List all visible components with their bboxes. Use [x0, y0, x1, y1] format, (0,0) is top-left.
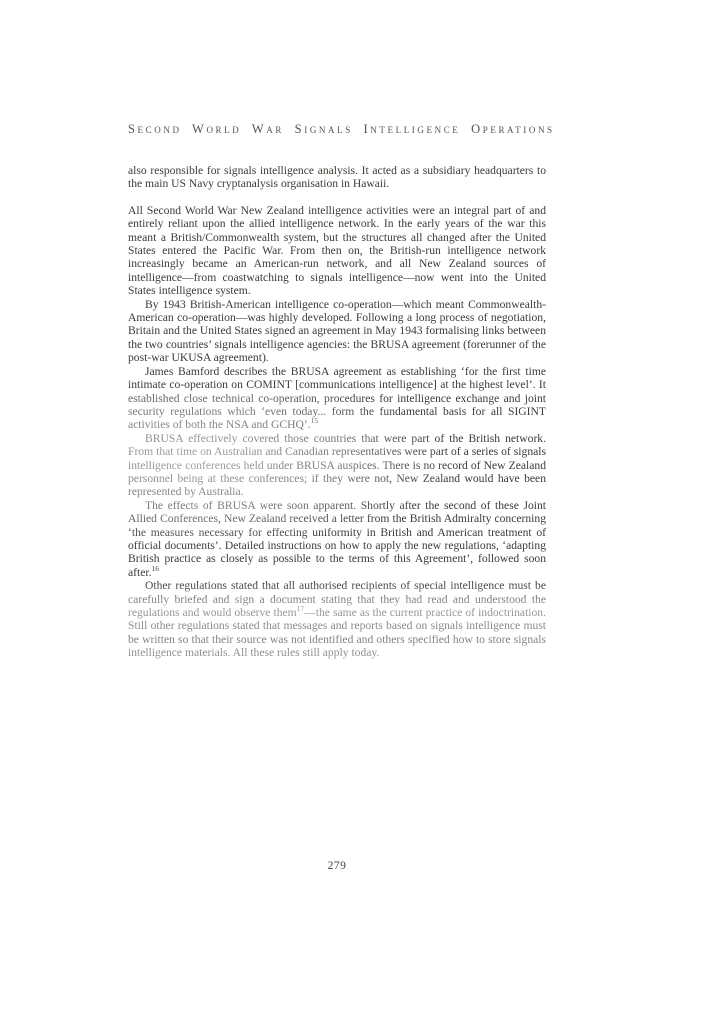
page-number: 279 [128, 860, 546, 872]
footnote-reference: 16 [152, 564, 160, 573]
body-text: also responsible for signals intelligenc… [128, 164, 546, 660]
book-page: Second World War Signals Intelligence Op… [0, 0, 701, 1023]
footnote-reference: 15 [311, 416, 319, 425]
paragraph: The effects of BRUSA were soon apparent.… [128, 499, 546, 579]
paragraph: All Second World War New Zealand intelli… [128, 204, 546, 298]
paragraph: also responsible for signals intelligenc… [128, 164, 546, 191]
paragraph: By 1943 British-American intelligence co… [128, 298, 546, 365]
paragraph: James Bamford describes the BRUSA agreem… [128, 365, 546, 432]
footnote-reference: 17 [297, 604, 305, 613]
running-head: Second World War Signals Intelligence Op… [128, 122, 546, 137]
paragraph: BRUSA effectively covered those countrie… [128, 432, 546, 499]
paragraph: Other regulations stated that all author… [128, 579, 546, 659]
